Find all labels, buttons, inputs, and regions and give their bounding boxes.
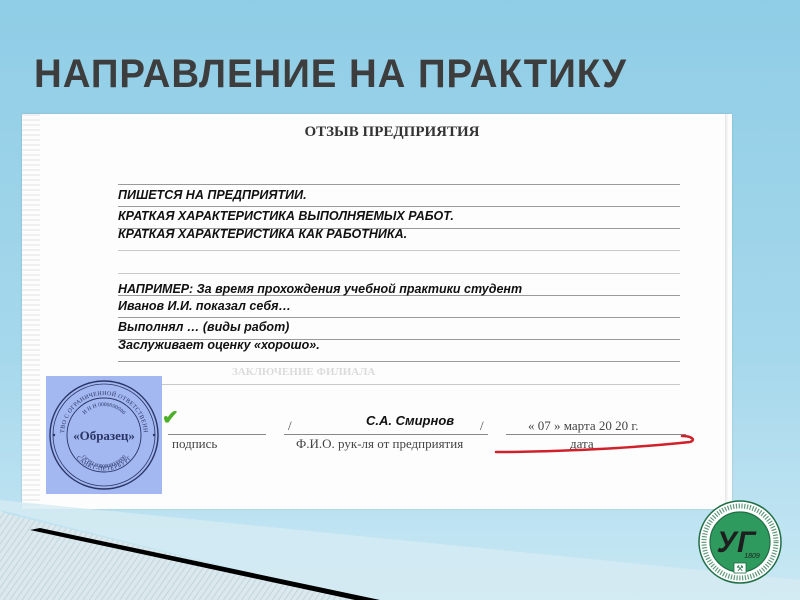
stamp-seal-icon: ОБЩЕСТВО С ОГРАНИЧЕННОЙ ОТВЕТСТВЕННОСТЬЮ… [46,376,162,494]
decorative-corner [0,500,800,600]
company-stamp: ОБЩЕСТВО С ОГРАНИЧЕННОЙ ОТВЕТСТВЕННОСТЬЮ… [46,376,162,494]
ruled-line [118,317,680,318]
page-edge [725,114,728,509]
ruled-line [118,361,680,362]
example-line: Иванов И.И. показал себя… [118,299,291,313]
red-underline-mark [494,434,698,458]
checkmark-icon: ✔ [162,408,179,428]
instruction-line: КРАТКАЯ ХАРАКТЕРИСТИКА КАК РАБОТНИКА. [118,227,407,241]
instruction-line: ПИШЕТСЯ НА ПРЕДПРИЯТИИ. [118,188,307,202]
example-line: Заслуживает оценку «хорошо». [118,338,320,352]
manager-caption: Ф.И.О. рук-ля от предприятия [296,436,463,452]
university-logo: УГ 1809 ⚒ [698,500,782,584]
svg-text:⚒: ⚒ [736,564,743,573]
ruled-line [118,273,680,274]
example-line: НАПРИМЕР: За время прохождения учебной п… [118,282,522,296]
manager-line [284,434,488,435]
scan-edge-noise [22,114,40,509]
ruled-line [118,250,680,251]
ruled-line [118,384,680,385]
document-heading: ОТЗЫВ ПРЕДПРИЯТИЯ [22,124,732,141]
svg-text:1809: 1809 [744,553,760,560]
separator: / [480,418,484,434]
signature-caption: подпись [172,436,217,452]
svg-text:И Н Н 0000000000: И Н Н 0000000000 [82,402,127,416]
slide-title: НАПРАВЛЕНИЕ НА ПРАКТИКУ [34,52,627,97]
separator: / [288,418,292,434]
manager-name: С.А. Смирнов [366,413,454,428]
date-value: « 07 » марта 20 20 г. [528,418,638,434]
faint-scan-heading: ЗАКЛЮЧЕНИЕ ФИЛИАЛА [232,366,375,378]
example-line: Выполнял … (виды работ) [118,320,289,334]
instruction-line: КРАТКАЯ ХАРАКТЕРИСТИКА ВЫПОЛНЯЕМЫХ РАБОТ… [118,209,454,223]
ruled-line [118,206,680,207]
ruled-line [118,184,680,185]
svg-text:«Образец»: «Образец» [73,428,135,443]
signature-line [168,434,266,435]
